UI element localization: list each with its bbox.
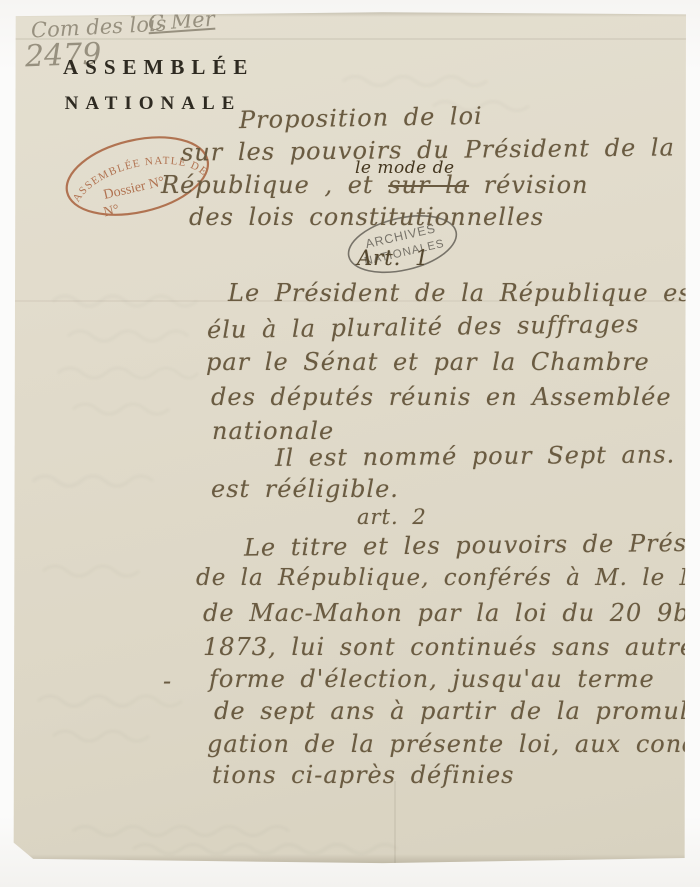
- dossier-stamp-line1: Dossier N°: [102, 174, 166, 203]
- manuscript-line: Le Président de la République est: [228, 281, 700, 305]
- manuscript-line: gation de la présente loi, aux condi-: [207, 732, 700, 756]
- manuscript-line: élu à la pluralité des suffrages: [207, 312, 640, 342]
- margin-dash: -: [163, 669, 172, 693]
- letterhead: ASSEMBLÉE NATIONALE: [63, 55, 243, 115]
- manuscript-line: des lois constitutionnelles: [189, 205, 544, 229]
- manuscript-line: de sept ans à partir de la promul-: [214, 699, 698, 723]
- manuscript-line: tions ci-après définies: [212, 763, 514, 787]
- manuscript-line: par le Sénat et par la Chambre: [206, 350, 650, 374]
- manuscript-line: Le titre et les pouvoirs de Président: [244, 530, 700, 559]
- manuscript-title-line: Proposition de loi: [239, 104, 483, 132]
- interlinear-insertion: le mode de: [355, 158, 455, 178]
- manuscript-line: des députés réunis en Assemblée: [211, 385, 672, 409]
- manuscript-line: est rééligible.: [211, 477, 399, 501]
- manuscript-line: forme d'élection, jusqu'au terme: [209, 667, 655, 691]
- manuscript-line: de Mac-Mahon par la loi du 20 9bre: [203, 601, 700, 625]
- dossier-stamp-line2: N°: [102, 202, 121, 220]
- manuscript-line: 1873, lui sont continués sans autre: [203, 635, 695, 659]
- manuscript-line: de la République, conférés à M. le Maréc…: [196, 567, 700, 590]
- manuscript-article1-heading: Art. 1: [357, 248, 429, 269]
- pencil-annotation-initials: C Mer: [147, 9, 215, 35]
- manuscript-page: Com des lois C Mer 2479 ASSEMBLÉE NATION…: [13, 11, 686, 864]
- manuscript-article2-heading: art. 2: [357, 507, 427, 528]
- manuscript-line: Il est nommé pour Sept ans. Il: [275, 442, 700, 470]
- letterhead-line2: NATIONALE: [63, 93, 243, 115]
- manuscript-line: nationale: [212, 419, 334, 443]
- letterhead-line1: ASSEMBLÉE: [63, 55, 243, 80]
- edited-line-post: révision: [469, 171, 588, 199]
- scanned-document: { "document": { "type": "manuscrit, prop…: [0, 0, 700, 887]
